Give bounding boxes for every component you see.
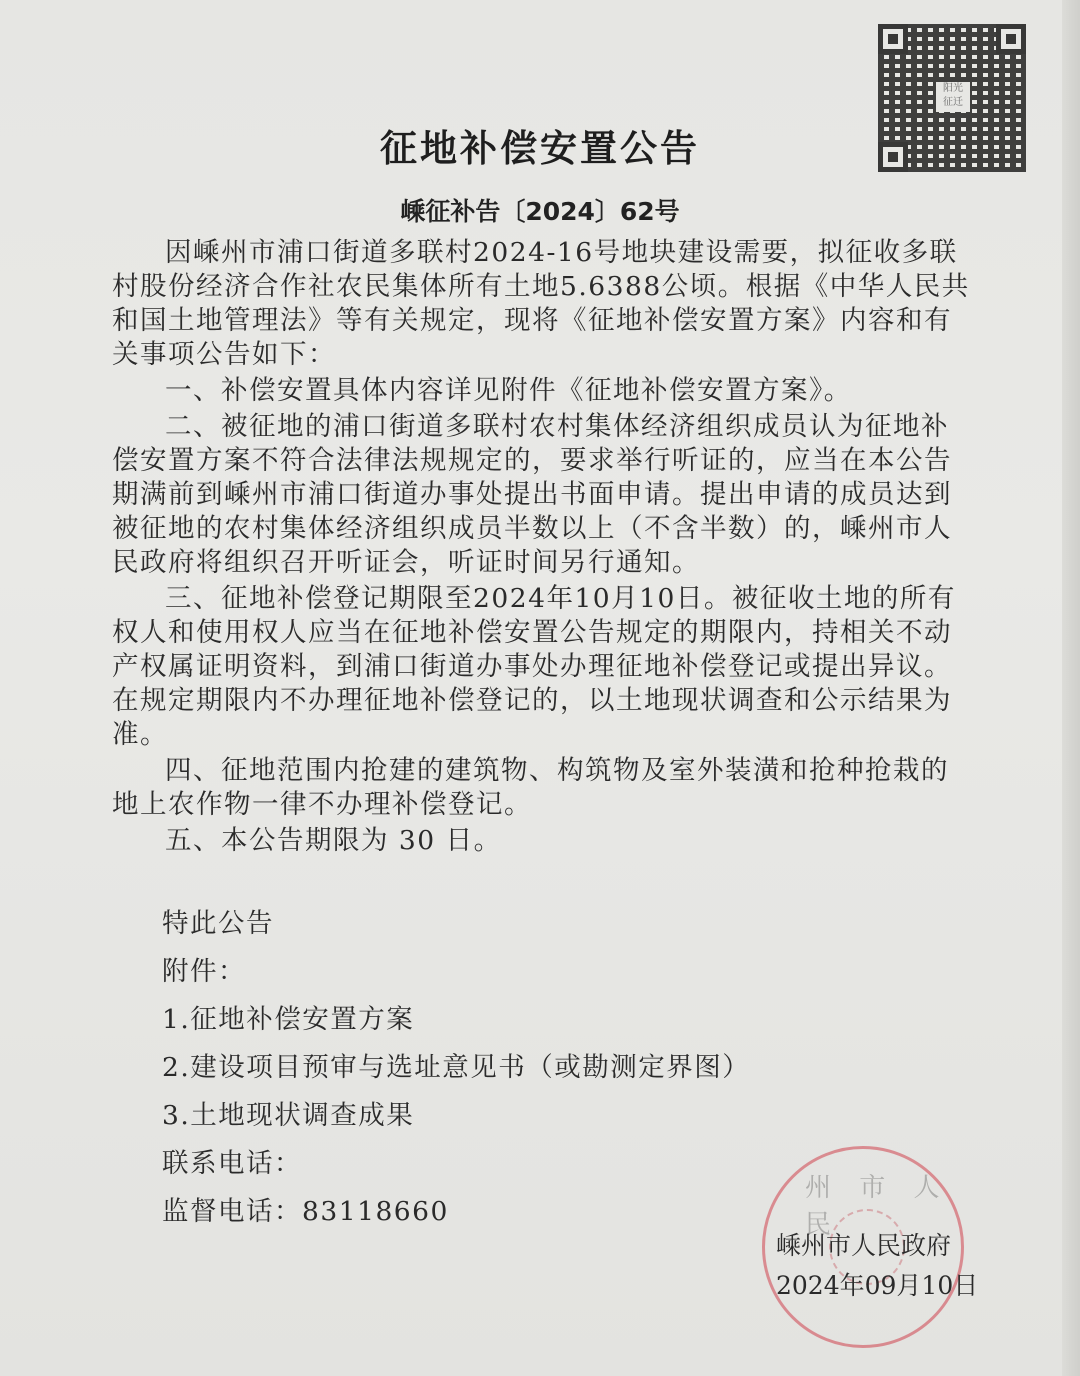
notice-body: 因嵊州市浦口街道多联村2024-16号地块建设需要，拟征收多联村股份经济合作社农… xyxy=(112,236,972,860)
issuer-name: 嵊州市人民政府 xyxy=(776,1226,978,1266)
attachment-item: 3.土地现状调查成果 xyxy=(162,1092,750,1140)
qr-logo: 阳光 征迁 xyxy=(936,82,970,112)
issue-date: 2024年09月10日 xyxy=(776,1266,978,1306)
item-paragraph: 一、补偿安置具体内容详见附件《征地补偿安置方案》。 xyxy=(112,374,972,408)
document-title: 征地补偿安置公告 xyxy=(0,118,1080,172)
qr-finder-icon xyxy=(878,24,908,54)
item-paragraph: 三、征地补偿登记期限至2024年10月10日。被征收土地的所有权人和使用权人应当… xyxy=(112,582,972,752)
attachment-item: 1.征地补偿安置方案 xyxy=(162,996,750,1044)
attachment-item: 2.建设项目预审与选址意见书（或勘测定界图） xyxy=(162,1044,750,1092)
supervision-phone: 监督电话：83118660 xyxy=(162,1188,750,1236)
signature-block: 嵊州市人民政府 2024年09月10日 xyxy=(776,1226,978,1306)
item-paragraph: 二、被征地的浦口街道多联村农村集体经济组织成员认为征地补偿安置方案不符合法律法规… xyxy=(112,410,972,580)
qr-logo-line1: 阳光 xyxy=(936,82,970,96)
closing-section: 特此公告 附件： 1.征地补偿安置方案 2.建设项目预审与选址意见书（或勘测定界… xyxy=(162,900,750,1236)
item-paragraph: 五、本公告期限为 30 日。 xyxy=(112,824,972,858)
intro-paragraph: 因嵊州市浦口街道多联村2024-16号地块建设需要，拟征收多联村股份经济合作社农… xyxy=(112,236,972,372)
closing-notice: 特此公告 xyxy=(162,900,750,948)
qr-finder-icon xyxy=(996,24,1026,54)
item-paragraph: 四、征地范围内抢建的建筑物、构筑物及室外装潢和抢种抢栽的地上农作物一律不办理补偿… xyxy=(112,754,972,822)
document-number: 嵊征补告〔2024〕62号 xyxy=(0,192,1080,228)
contact-phone: 联系电话： xyxy=(162,1140,750,1188)
attachments-label: 附件： xyxy=(162,948,750,996)
qr-logo-line2: 征迁 xyxy=(936,96,970,110)
